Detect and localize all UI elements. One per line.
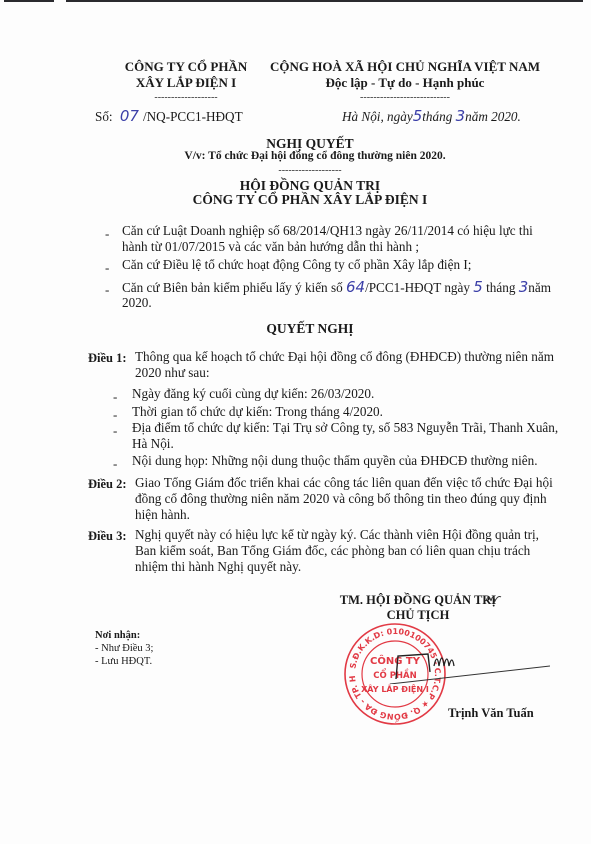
title-separator: ------------------- <box>150 165 470 176</box>
article-1-item-2: Thời gian tổ chức dự kiến: Trong tháng 4… <box>132 404 383 420</box>
bullet: - <box>113 407 117 423</box>
basis-2-line1: Căn cứ Điều lệ tổ chức hoạt động Công ty… <box>122 257 471 273</box>
document-number: Số: 07/NQ-PCC1-HĐQT <box>95 108 243 125</box>
article-1-line1: Thông qua kế hoạch tổ chức Đại hội đồng … <box>135 349 554 365</box>
number-suffix: /NQ-PCC1-HĐQT <box>143 109 243 124</box>
basis-3-line2: 2020. <box>122 295 152 311</box>
basis-3-line1: Căn cứ Biên bản kiểm phiếu lấy ý kiến số… <box>122 279 551 296</box>
basis-3-month-label: tháng <box>486 280 515 295</box>
scan-edge-left <box>4 0 54 2</box>
article-1-line2: 2020 như sau: <box>135 365 210 381</box>
basis-1-line1: Căn cứ Luật Doanh nghiệp số 68/2014/QH13… <box>122 223 533 239</box>
bullet: - <box>105 282 109 298</box>
article-2-line3: hiện hành. <box>135 507 190 523</box>
basis-3-prefix: Căn cứ Biên bản kiểm phiếu lấy ý kiến số <box>122 280 343 295</box>
date-suffix: năm 2020. <box>465 109 521 124</box>
article-3-line1: Nghị quyết này có hiệu lực kể từ ngày ký… <box>135 527 539 543</box>
article-2-line1: Giao Tổng Giám đốc triển khai các công t… <box>135 475 553 491</box>
signature-title: CHỦ TỊCH <box>318 608 518 623</box>
company-name-line1: CÔNG TY CỔ PHẦN <box>96 59 276 75</box>
issuer-line2: CÔNG TY CỔ PHẦN XÂY LẮP ĐIỆN I <box>150 192 470 208</box>
initials-scribble-icon <box>484 591 504 605</box>
document-subject: V/v: Tổ chức Đại hội đồng cổ đông thường… <box>150 150 480 162</box>
bullet: - <box>113 423 117 439</box>
number-prefix: Số: <box>95 109 113 124</box>
recipient-item: - Như Điều 3; <box>95 643 153 654</box>
article-1-item-4: Nội dung họp: Những nội dung thuộc thẩm … <box>132 453 538 469</box>
bullet: - <box>105 226 109 242</box>
basis-1-line2: hành từ 01/07/2015 và các văn bản hướng … <box>122 239 419 255</box>
company-name-line2: XÂY LẮP ĐIỆN I <box>96 75 276 91</box>
number-handwritten: 07 <box>120 107 139 125</box>
article-3-line2: Ban kiểm soát, Ban Tổng Giám đốc, các ph… <box>135 543 530 559</box>
basis-3-hand-month: 3 <box>519 278 529 296</box>
header-left-separator: ------------------- <box>96 92 276 103</box>
basis-3-suffix: năm <box>528 280 551 295</box>
article-2-label: Điều 2: <box>88 476 127 492</box>
date-prefix: Hà Nội, ngày <box>342 109 413 124</box>
basis-3-hand-day: 5 <box>473 278 483 296</box>
article-2-line2: đồng cổ đông thường niên năm 2020 và côn… <box>135 491 547 507</box>
nation-title: CỘNG HOÀ XÃ HỘI CHỦ NGHĨA VIỆT NAM <box>255 59 555 75</box>
recipient-item: - Lưu HĐQT. <box>95 656 152 667</box>
bullet: - <box>113 456 117 472</box>
decision-heading: QUYẾT NGHỊ <box>150 321 470 337</box>
recipients-heading: Nơi nhận: <box>95 630 140 641</box>
bullet: - <box>113 389 117 405</box>
signatory-name: Trịnh Văn Tuấn <box>448 706 534 721</box>
article-1-item-3-line2: Hà Nội. <box>132 436 174 452</box>
signature-scribble-icon <box>390 644 550 684</box>
bullet: - <box>105 260 109 276</box>
article-1-label: Điều 1: <box>88 350 127 366</box>
article-3-line3: nhiệm thi hành Nghị quyết này. <box>135 559 301 575</box>
basis-3-hand-number: 64 <box>346 278 365 296</box>
article-3-label: Điều 3: <box>88 528 127 544</box>
basis-3-middle: /PCC1-HĐQT ngày <box>365 280 470 295</box>
article-1-item-1: Ngày đăng ký cuối cùng dự kiến: 26/03/20… <box>132 386 374 402</box>
nation-motto: Độc lập - Tự do - Hạnh phúc <box>255 75 555 91</box>
document-date: Hà Nội, ngày5tháng 3năm 2020. <box>342 108 521 125</box>
scan-edge-right <box>66 0 583 2</box>
header-right-separator: --------------------------- <box>255 92 555 103</box>
article-1-item-3-line1: Địa điểm tổ chức dự kiến: Tại Trụ sở Côn… <box>132 420 558 436</box>
date-day: 5 <box>413 107 423 125</box>
date-month-label: tháng <box>422 109 452 124</box>
date-month: 3 <box>456 107 466 125</box>
